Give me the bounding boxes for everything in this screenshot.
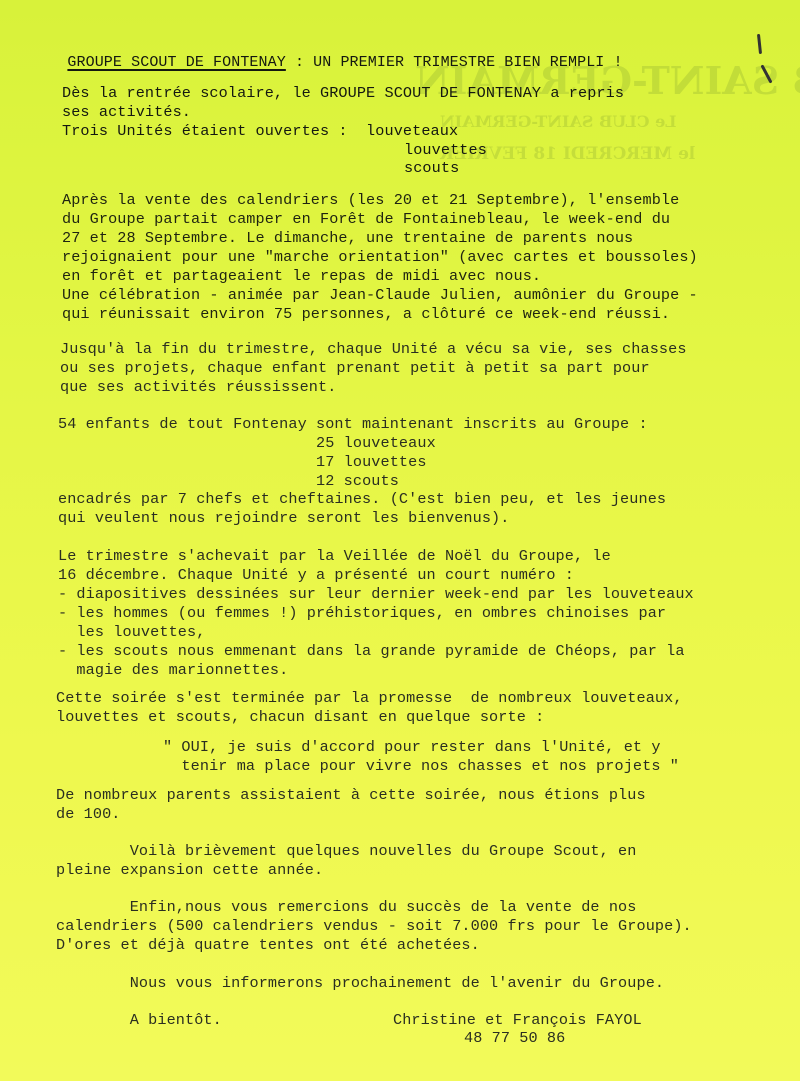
paragraph-line: qui réunissait environ 75 personnes, a c… xyxy=(62,306,670,323)
paragraph-line: Dès la rentrée scolaire, le GROUPE SCOUT… xyxy=(62,85,624,102)
document-title: GROUPE SCOUT DE FONTENAY : UN PREMIER TR… xyxy=(31,37,623,88)
paragraph-line: 54 enfants de tout Fontenay sont mainten… xyxy=(58,416,648,433)
quote-line: " OUI, je suis d'accord pour rester dans… xyxy=(163,739,661,756)
paragraph-line: 16 décembre. Chaque Unité y a présenté u… xyxy=(58,567,574,584)
title-underlined: GROUPE SCOUT DE FONTENAY xyxy=(67,54,285,71)
paragraph-line: calendriers (500 calendriers vendus - so… xyxy=(56,918,692,935)
paragraph-line: Enfin,nous vous remercions du succès de … xyxy=(56,899,636,916)
paragraph-line: ou ses projets, chaque enfant prenant pe… xyxy=(60,360,650,377)
list-item: - les hommes (ou femmes !) préhistorique… xyxy=(58,605,666,622)
paragraph-line: que ses activités réussissent. xyxy=(60,379,336,396)
paragraph-line: Jusqu'à la fin du trimestre, chaque Unit… xyxy=(60,341,687,358)
paragraph-line: 27 et 28 Septembre. Le dimanche, une tre… xyxy=(62,230,633,247)
paragraph-line: pleine expansion cette année. xyxy=(56,862,323,879)
enrollment-item: 12 scouts xyxy=(316,473,399,490)
paragraph-line: qui veulent nous rejoindre seront les bi… xyxy=(58,510,510,527)
paragraph-line: ses activités. xyxy=(62,104,191,121)
phone-number: 48 77 50 86 xyxy=(464,1030,565,1047)
list-item: - les scouts nous emmenant dans la grand… xyxy=(58,643,685,660)
title-rest: : UN PREMIER TRIMESTRE BIEN REMPLI ! xyxy=(286,54,623,71)
paragraph-line: Une célébration - animée par Jean-Claude… xyxy=(62,287,698,304)
paragraph-line: rejoignaient pour une "marche orientatio… xyxy=(62,249,698,266)
signature: Christine et François FAYOL xyxy=(393,1012,642,1029)
list-item: les louvettes, xyxy=(58,624,205,641)
bleed-through-subline: Le CLUB SAINT-GERMAIN xyxy=(440,112,677,131)
list-item: - diapositives dessinées sur leur dernie… xyxy=(58,586,694,603)
paragraph-line: Trois Unités étaient ouvertes : louvetea… xyxy=(62,123,458,140)
paragraph-line: Voilà brièvement quelques nouvelles du G… xyxy=(56,843,636,860)
enrollment-item: 17 louvettes xyxy=(316,454,427,471)
closing-line: A bientôt. xyxy=(56,1012,222,1029)
quote-line: tenir ma place pour vivre nos chasses et… xyxy=(163,758,679,775)
paragraph-line: Le trimestre s'achevait par la Veillée d… xyxy=(58,548,611,565)
units-list-item: scouts xyxy=(404,160,459,177)
staple-mark xyxy=(757,34,762,54)
paragraph-line: encadrés par 7 chefs et cheftaines. (C'e… xyxy=(58,491,666,508)
staple-mark xyxy=(760,64,772,83)
list-item: magie des marionnettes. xyxy=(58,662,288,679)
paragraph-line: Cette soirée s'est terminée par la prome… xyxy=(56,690,683,707)
paragraph-line: de 100. xyxy=(56,806,121,823)
scanned-letter-page: CLUB SAINT-GERMAIN Le CLUB SAINT-GERMAIN… xyxy=(0,0,800,1081)
paragraph-line: Nous vous informerons prochainement de l… xyxy=(56,975,664,992)
paragraph-line: D'ores et déjà quatre tentes ont été ach… xyxy=(56,937,480,954)
paragraph-line: De nombreux parents assistaient à cette … xyxy=(56,787,646,804)
units-list-item: louvettes xyxy=(404,142,487,159)
enrollment-item: 25 louveteaux xyxy=(316,435,436,452)
paragraph-line: en forêt et partageaient le repas de mid… xyxy=(62,268,541,285)
paragraph-line: Après la vente des calendriers (les 20 e… xyxy=(62,192,679,209)
paragraph-line: louvettes et scouts, chacun disant en qu… xyxy=(56,709,544,726)
paragraph-line: du Groupe partait camper en Forêt de Fon… xyxy=(62,211,670,228)
